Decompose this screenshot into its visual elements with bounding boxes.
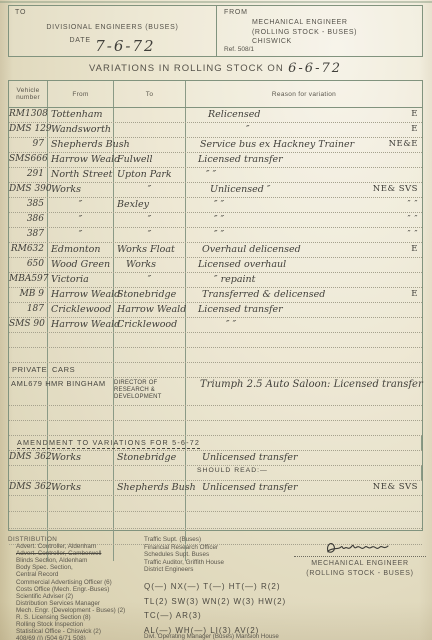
signature (312, 538, 408, 558)
cell-reason: ″ repaint (214, 273, 255, 287)
table-row: 187 Cricklewood Harrow Weald Licensed tr… (9, 303, 422, 318)
amendment-row-original: DMS 362 Works Stonebridge Unlicensed tra… (9, 451, 422, 466)
date-row: DATE 7-6-72 (9, 37, 216, 56)
cell-code: E (411, 123, 418, 137)
table-row: 291 North Street Upton Park ″ ″ (9, 168, 422, 183)
cell-to: Stonebridge (114, 451, 186, 465)
col-header-from: From (48, 81, 114, 107)
cell-reason: ″ ″ (226, 318, 236, 332)
cell-from: Edmonton (48, 243, 114, 257)
cell-vehicle: DMS 362 (9, 451, 48, 465)
amendment-heading: AMENDMENT TO VARIATIONS FOR 5-6-72 (17, 438, 200, 449)
cell-from: Tottenham (48, 108, 114, 122)
should-read-note: SHOULD READ:— (197, 467, 268, 474)
cell-vehicle: 387 (9, 228, 48, 242)
cell-vehicle: SMS666 (9, 153, 48, 167)
private-car-entry-row: AML679 H MR BINGHAM DIRECTOR OF RESEARCH… (9, 378, 422, 406)
recipient-item: Traffic Auditor, Griffith House (144, 559, 294, 567)
cell-code: NE& SVS (373, 183, 418, 197)
empty-row (9, 406, 422, 421)
signature-block: MECHANICAL ENGINEER (ROLLING STOCK - BUS… (294, 538, 426, 578)
cell-from: Cricklewood (48, 303, 114, 317)
cell-code: ″ ″ (407, 213, 418, 227)
cell-reason: Relicensed (208, 108, 261, 122)
variations-table: Vehicle number From To Reason for variat… (8, 80, 423, 531)
cell-to (114, 138, 186, 152)
recipient-item: Financial Research Officer (144, 544, 294, 552)
garage-codes-line: TC(—) AR(3) (144, 609, 314, 624)
private-label: PRIVATE (9, 363, 48, 377)
cell-from: Shepherds Bush (48, 138, 114, 152)
cell-to: Cricklewood (114, 318, 186, 332)
recipient-item: District Engineers (144, 566, 294, 574)
cell-vehicle: MBA597 (9, 273, 48, 287)
bottom-note: Divl. Operating Manager (Buses) Mansion … (144, 633, 279, 640)
cell-vehicle: 650 (9, 258, 48, 272)
cell-to: Fulwell (114, 153, 186, 167)
empty-row (9, 421, 422, 436)
cell-reason: Overhaul delicensed (202, 243, 301, 257)
table-row: RM1308 Tottenham RelicensedE (9, 108, 422, 123)
amendment-heading-row: AMENDMENT TO VARIATIONS FOR 5-6-72 (9, 436, 422, 451)
empty-row (9, 496, 422, 512)
from-line-2: (ROLLING STOCK - BUSES) (252, 28, 357, 38)
cell-reason: ″ ″ (206, 168, 216, 182)
cell-from: MR BINGHAM (48, 378, 114, 405)
col-header-vehicle: Vehicle number (9, 81, 48, 107)
cell-from: Works (48, 183, 114, 197)
cell-to: Works (114, 258, 186, 272)
table-row: DMS 129 Wandsworth ″E (9, 123, 422, 138)
ref-number: Ref. 508/1 (224, 46, 254, 53)
cell-reason: Service bus ex Hackney Trainer (200, 138, 354, 152)
to-label: TO (15, 9, 26, 16)
cell-reason: Licensed overhaul (198, 258, 286, 272)
recipient-item: Traffic Supt. (Buses) (144, 536, 294, 544)
table-row: 650 Wood Green Works Licensed overhaul (9, 258, 422, 273)
cell-code: E (411, 243, 418, 257)
cell-reason: Transferred & delicensed (202, 288, 325, 302)
cell-to: ″ (114, 213, 186, 227)
cell-to (114, 108, 186, 122)
page-title: VARIATIONS IN ROLLING STOCK ON (89, 63, 284, 74)
header-to-cell: TO DIVISIONAL ENGINEERS (BUSES) DATE 7-6… (9, 6, 217, 56)
cell-vehicle: RM1308 (9, 108, 48, 122)
cell-vehicle: RM632 (9, 243, 48, 257)
cars-label: CARS (48, 363, 114, 377)
col-header-vehicle-l1: Vehicle (16, 87, 39, 94)
date-label: DATE (69, 37, 90, 44)
table-header-row: Vehicle number From To Reason for variat… (9, 81, 422, 108)
private-cars-row: PRIVATE CARS (9, 363, 422, 378)
cell-from: ″ (48, 213, 114, 227)
footer: DISTRIBUTION Advert. Controller, Aldenha… (8, 536, 424, 640)
cell-vehicle: 187 (9, 303, 48, 317)
cell-vehicle: SMS 90 (9, 318, 48, 332)
cell-reason: Unlicensed transfer (202, 451, 298, 465)
cell-to (114, 123, 186, 137)
cell-from: Wandsworth (48, 123, 114, 137)
header-from-cell: FROM MECHANICAL ENGINEER (ROLLING STOCK … (217, 6, 422, 56)
cell-reason: Licensed transfer (198, 153, 283, 167)
cell-reason: ″ ″ (214, 198, 224, 212)
signer-title-line2: (ROLLING STOCK - BUSES) (294, 569, 426, 579)
cell-vehicle: AML679 H (9, 378, 48, 405)
amendment-row-corrected: DMS 362 Works Shepherds Bush Unlicensed … (9, 481, 422, 496)
garage-codes-line: TL(2) SW(3) WN(2) W(3) HW(2) (144, 595, 314, 610)
cell-to: Harrow Weald (114, 303, 186, 317)
table-row: 97 Shepherds Bush Service bus ex Hackney… (9, 138, 422, 153)
title-date-handwritten: 6-6-72 (288, 61, 342, 76)
cell-vehicle: 386 (9, 213, 48, 227)
cell-code: NE& SVS (373, 481, 418, 495)
cell-reason: Unlicensed transfer (202, 481, 298, 495)
cell-from: Harrow Weald (48, 153, 114, 167)
cell-from: North Street (48, 168, 114, 182)
scanned-form: TO DIVISIONAL ENGINEERS (BUSES) DATE 7-6… (0, 0, 432, 640)
from-line-1: MECHANICAL ENGINEER (252, 18, 357, 28)
table-row: RM632 Edmonton Works Float Overhaul deli… (9, 243, 422, 258)
cell-vehicle: 291 (9, 168, 48, 182)
cell-to: Stonebridge (114, 288, 186, 302)
should-read-row: SHOULD READ:— (9, 466, 422, 481)
cell-to: Works Float (114, 243, 186, 257)
cell-from: ″ (48, 228, 114, 242)
cell-code: E (411, 288, 418, 302)
cell-reason: ″ (246, 123, 250, 137)
cell-to: ″ (114, 273, 186, 287)
page-edge-line (0, 1, 432, 3)
col-header-to: To (114, 81, 186, 107)
empty-row (9, 512, 422, 528)
title-band: VARIATIONS IN ROLLING STOCK ON 6-6-72 (8, 57, 423, 80)
cell-reason: Triumph 2.5 Auto Saloon: Licensed transf… (200, 378, 423, 392)
cell-vehicle: MB 9 (9, 288, 48, 302)
cell-to: Upton Park (114, 168, 186, 182)
table-row: SMS666 Harrow Weald Fulwell Licensed tra… (9, 153, 422, 168)
cell-from: Harrow Weald (48, 318, 114, 332)
table-row: MBA597 Victoria ″ ″ repaint (9, 273, 422, 288)
signature-line (294, 556, 426, 557)
empty-row (9, 348, 422, 363)
recipient-item: Schedules Supt. Buses (144, 551, 294, 559)
cell-from: Works (48, 481, 114, 495)
header-box: TO DIVISIONAL ENGINEERS (BUSES) DATE 7-6… (8, 5, 423, 57)
table-row: SMS 90 Harrow Weald Cricklewood ″ ″ (9, 318, 422, 333)
col-header-reason: Reason for variation (186, 81, 422, 107)
cell-to: ″ (114, 183, 186, 197)
cell-from: Harrow Weald (48, 288, 114, 302)
from-label: FROM (224, 9, 248, 16)
date-value-handwritten: 7-6-72 (95, 37, 155, 55)
signer-title-line1: MECHANICAL ENGINEER (294, 559, 426, 569)
garage-codes-line: Q(—) NX(—) T(—) HT(—) R(2) (144, 580, 314, 595)
cell-vehicle: 97 (9, 138, 48, 152)
empty-row (9, 333, 422, 348)
cell-code: ″ ″ (407, 228, 418, 242)
cell-code: ″ ″ (407, 198, 418, 212)
cell-to: ″ (114, 228, 186, 242)
cell-code: NE&E (389, 138, 418, 152)
col-header-vehicle-l2: number (16, 94, 40, 101)
from-line-3: CHISWICK (252, 37, 357, 47)
cell-reason: Unlicensed ″ (210, 183, 270, 197)
from-address: MECHANICAL ENGINEER (ROLLING STOCK - BUS… (252, 18, 357, 47)
cell-code: E (411, 108, 418, 122)
cell-to: Shepherds Bush (114, 481, 186, 495)
table-row: 386 ″ ″ ″ ″″ ″ (9, 213, 422, 228)
cell-reason: ″ ″ (214, 213, 224, 227)
cell-from: ″ (48, 198, 114, 212)
cell-reason: ″ ″ (214, 228, 224, 242)
cell-to: DIRECTOR OF RESEARCH & DEVELOPMENT (114, 378, 186, 405)
cell-from: Wood Green (48, 258, 114, 272)
table-row: 387 ″ ″ ″ ″″ ″ (9, 228, 422, 243)
cell-vehicle: DMS 390 (9, 183, 48, 197)
cell-reason: Licensed transfer (198, 303, 283, 317)
table-row: MB 9 Harrow Weald Stonebridge Transferre… (9, 288, 422, 303)
cell-to: Bexley (114, 198, 186, 212)
garage-codes: Q(—) NX(—) T(—) HT(—) R(2) TL(2) SW(3) W… (144, 580, 314, 638)
to-value: DIVISIONAL ENGINEERS (BUSES) (9, 24, 216, 31)
signer-title: MECHANICAL ENGINEER (ROLLING STOCK - BUS… (294, 559, 426, 578)
cell-vehicle: DMS 129 (9, 123, 48, 137)
table-row: 385 ″ Bexley ″ ″″ ″ (9, 198, 422, 213)
cell-vehicle: 385 (9, 198, 48, 212)
recipients-list: Traffic Supt. (Buses) Financial Research… (144, 536, 294, 574)
table-row: DMS 390 Works ″ Unlicensed ″NE& SVS (9, 183, 422, 198)
cell-vehicle: DMS 362 (9, 481, 48, 495)
cell-from: Works (48, 451, 114, 465)
cell-from: Victoria (48, 273, 114, 287)
